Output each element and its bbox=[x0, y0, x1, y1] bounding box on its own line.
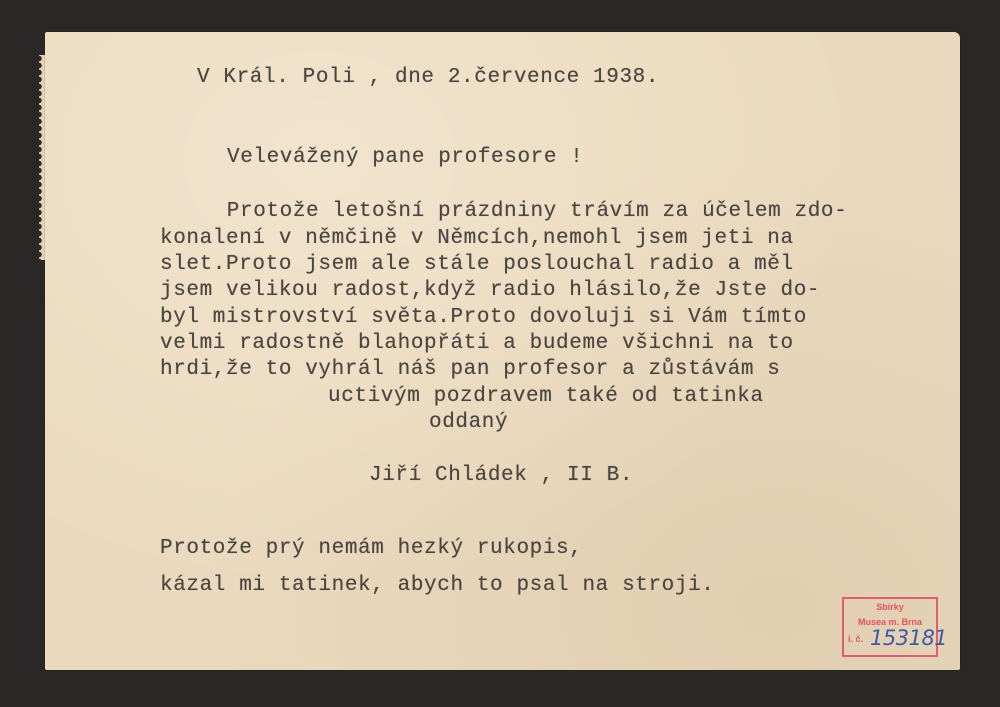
date-line: V Král. Poli , dne 2.července 1938. bbox=[197, 65, 659, 91]
postscript-line: Protože prý nemám hezký rukopis, bbox=[160, 536, 582, 562]
body-line: slet.Proto jsem ale stále poslouchal rad… bbox=[160, 252, 794, 278]
signature: Jiří Chládek , II B. bbox=[369, 463, 633, 489]
museum-collection-stamp: Sbírky Musea m. Brna i. č. 153181 bbox=[842, 597, 938, 657]
body-line: hrdi,že to vyhrál náš pan profesor a zůs… bbox=[160, 357, 781, 383]
body-line: uctivým pozdravem také od tatinka bbox=[328, 384, 764, 410]
body-line: Protože letošní prázdniny trávím za účel… bbox=[174, 199, 847, 225]
stamp-inventory-label: i. č. bbox=[848, 634, 863, 644]
stamp-line-collections: Sbírky bbox=[844, 602, 936, 612]
body-line: konalení v němčině v Němcích,nemohl jsem… bbox=[160, 226, 794, 252]
stamp-inventory-number: 153181 bbox=[870, 626, 947, 650]
body-line: velmi radostně blahopřáti a budeme všich… bbox=[160, 331, 794, 357]
body-line: byl mistrovství světa.Proto dovoluji si … bbox=[160, 305, 807, 331]
postscript-line: kázal mi tatinek, abych to psal na stroj… bbox=[160, 573, 715, 599]
salutation: Velevážený pane profesore ! bbox=[227, 145, 583, 171]
body-line: jsem velikou radost,když radio hlásilo,ž… bbox=[160, 278, 820, 304]
closing-line: oddaný bbox=[429, 410, 508, 436]
